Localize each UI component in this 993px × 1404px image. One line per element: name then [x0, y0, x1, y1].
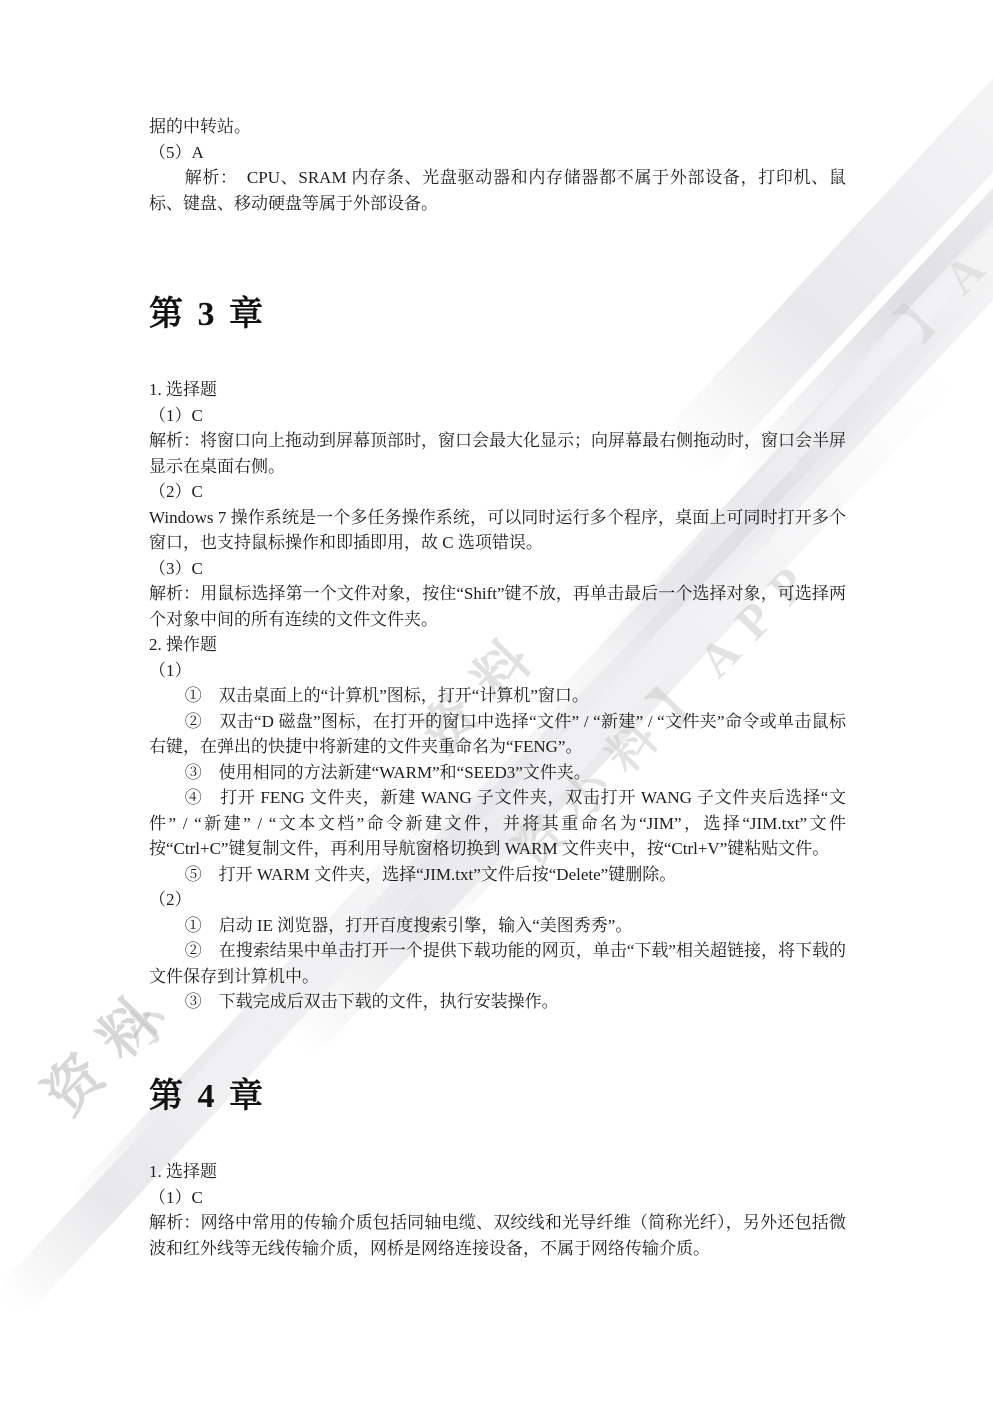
paragraph: （1） — [149, 658, 846, 684]
document-page: 资料 资小料】APP 】A 资料 小 据的中转站。（5）A解析： CPU、SRA… — [0, 0, 993, 1404]
intro-section: 据的中转站。（5）A解析： CPU、SRAM 内存条、光盘驱动器和内存储器都不属… — [149, 114, 846, 216]
chapter3-body: 1. 选择题（1）C解析：将窗口向上拖动到屏幕顶部时，窗口会最大化显示；向屏幕最… — [149, 377, 846, 1015]
paragraph: （1）C — [149, 403, 846, 429]
paragraph: ① 启动 IE 浏览器，打开百度搜索引擎，输入“美图秀秀”。 — [149, 913, 846, 939]
paragraph: （3）C — [149, 556, 846, 582]
paragraph: ② 在搜索结果中单击打开一个提供下载功能的网页，单击“下载”相关超链接，将下载的… — [149, 938, 846, 989]
paragraph: 1. 选择题 — [149, 377, 846, 403]
paragraph: （2）C — [149, 479, 846, 505]
paragraph: ③ 下载完成后双击下载的文件，执行安装操作。 — [149, 989, 846, 1015]
paragraph: 据的中转站。 — [149, 114, 846, 140]
paragraph: ③ 使用相同的方法新建“WARM”和“SEED3”文件夹。 — [149, 760, 846, 786]
chapter4-body: 1. 选择题（1）C解析：网络中常用的传输介质包括同轴电缆、双绞线和光导纤维（简… — [149, 1159, 846, 1261]
paragraph: ⑤ 打开 WARM 文件夹，选择“JIM.txt”文件后按“Delete”键删除… — [149, 862, 846, 888]
paragraph: Windows 7 操作系统是一个多任务操作系统，可以同时运行多个程序，桌面上可… — [149, 505, 846, 556]
paragraph: 解析：用鼠标选择第一个文件对象，按住“Shift”键不放，再单击最后一个选择对象… — [149, 581, 846, 632]
paragraph: ① 双击桌面上的“计算机”图标，打开“计算机”窗口。 — [149, 683, 846, 709]
paragraph: 1. 选择题 — [149, 1159, 846, 1185]
paragraph: （2） — [149, 887, 846, 913]
paragraph: ② 双击“D 磁盘”图标，在打开的窗口中选择“文件” / “新建” / “文件夹… — [149, 709, 846, 760]
paragraph: 解析： CPU、SRAM 内存条、光盘驱动器和内存储器都不属于外部设备，打印机、… — [149, 165, 846, 216]
paragraph: 解析：将窗口向上拖动到屏幕顶部时，窗口会最大化显示；向屏幕最右侧拖动时，窗口会半… — [149, 428, 846, 479]
paragraph: 2. 操作题 — [149, 632, 846, 658]
chapter4-title: 第 4 章 — [149, 1074, 266, 1120]
paragraph: （1）C — [149, 1185, 846, 1211]
chapter3-title: 第 3 章 — [149, 292, 266, 338]
paragraph: 解析：网络中常用的传输介质包括同轴电缆、双绞线和光导纤维（简称光纤），另外还包括… — [149, 1210, 846, 1261]
paragraph: （5）A — [149, 140, 846, 166]
paragraph: ④ 打开 FENG 文件夹，新建 WANG 子文件夹，双击打开 WANG 子文件… — [149, 785, 846, 862]
